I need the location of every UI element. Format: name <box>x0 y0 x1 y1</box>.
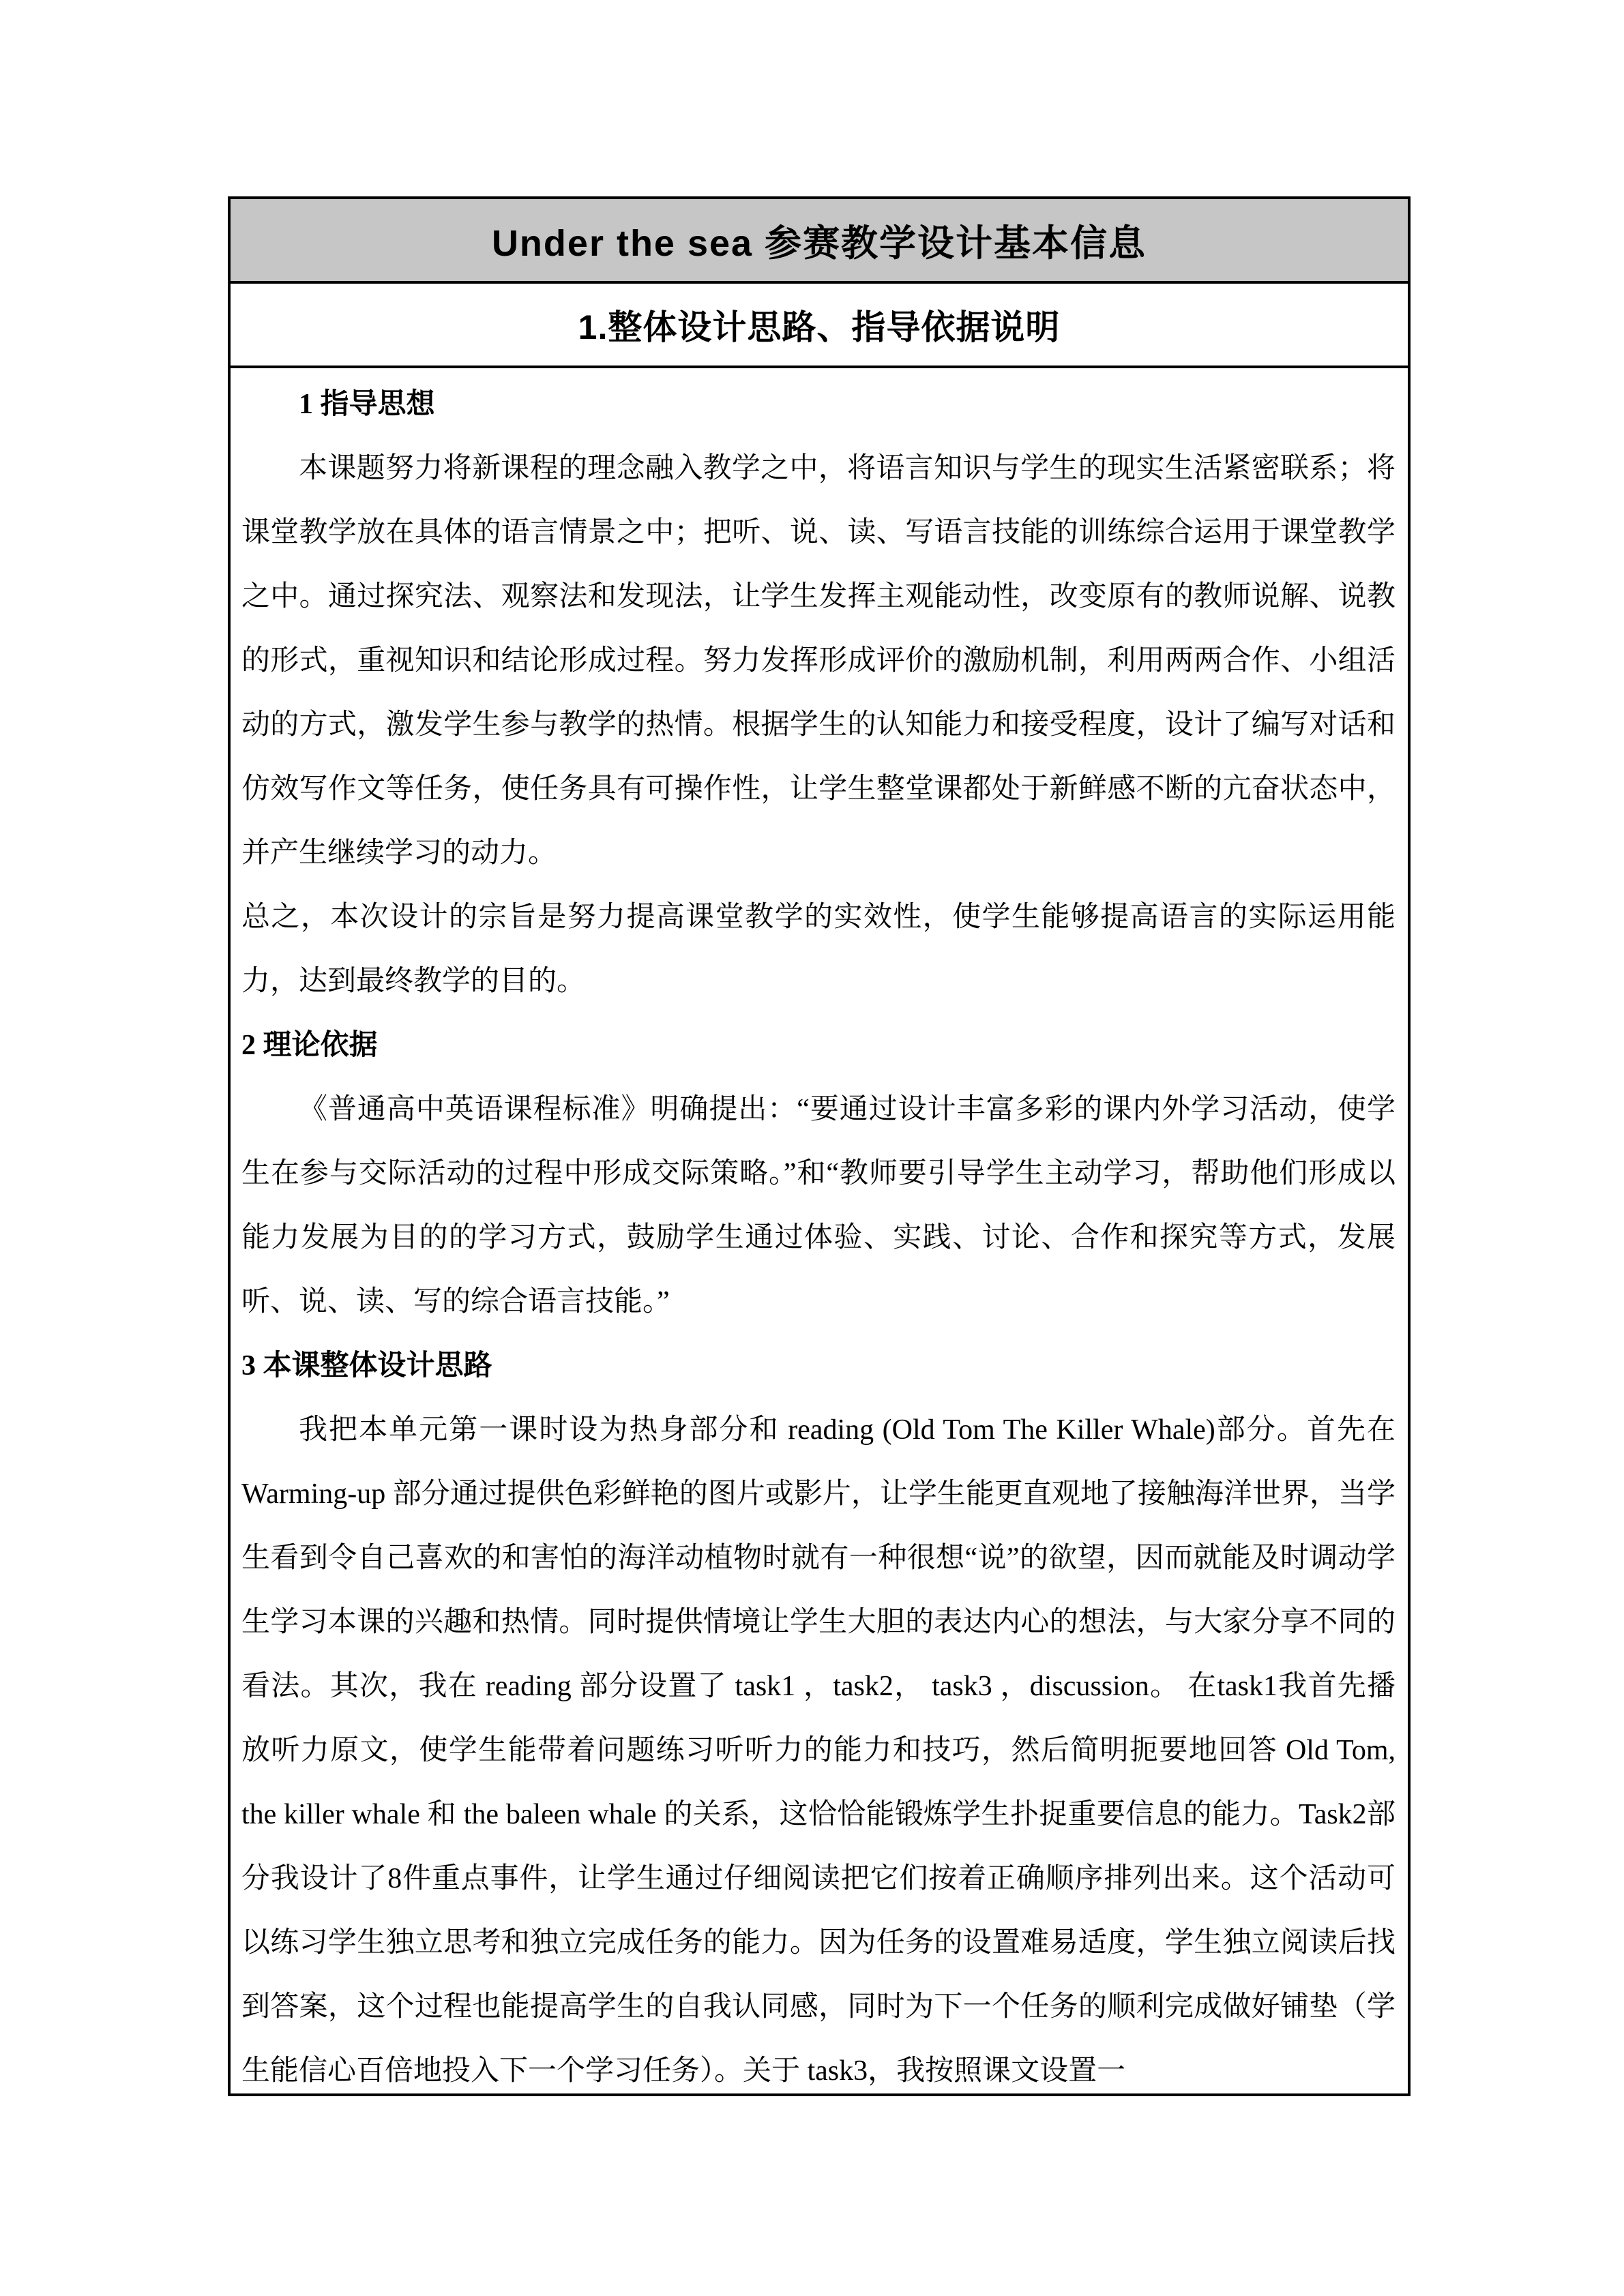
title-row: Under the sea 参赛教学设计基本信息 <box>231 199 1408 284</box>
doc-table: Under the sea 参赛教学设计基本信息 1.整体设计思路、指导依据说明… <box>228 196 1411 2096</box>
doc-subtitle: 1.整体设计思路、指导依据说明 <box>578 300 1061 349</box>
body-paragraph: 本课题努力将新课程的理念融入教学之中，将语言知识与学生的现实生活紧密联系；将课堂… <box>241 436 1396 885</box>
section-heading: 3 本课整体设计思路 <box>241 1334 1396 1398</box>
body-paragraph: 总之，本次设计的宗旨是努力提高课堂教学的实效性，使学生能够提高语言的实际运用能力… <box>241 885 1396 1013</box>
subtitle-row: 1.整体设计思路、指导依据说明 <box>231 284 1408 368</box>
section-heading: 1 指导思想 <box>241 372 1396 436</box>
doc-title: Under the sea 参赛教学设计基本信息 <box>492 214 1147 267</box>
body-paragraph: 《普通高中英语课程标准》明确提出：“要通过设计丰富多彩的课内外学习活动，使学生在… <box>241 1077 1396 1334</box>
body-cell: 1 指导思想本课题努力将新课程的理念融入教学之中，将语言知识与学生的现实生活紧密… <box>231 368 1408 2093</box>
document-page: Under the sea 参赛教学设计基本信息 1.整体设计思路、指导依据说明… <box>0 0 1624 2296</box>
section-heading: 2 理论依据 <box>241 1013 1396 1077</box>
body-paragraph: 我把本单元第一课时设为热身部分和 reading (Old Tom The Ki… <box>241 1398 1396 2093</box>
